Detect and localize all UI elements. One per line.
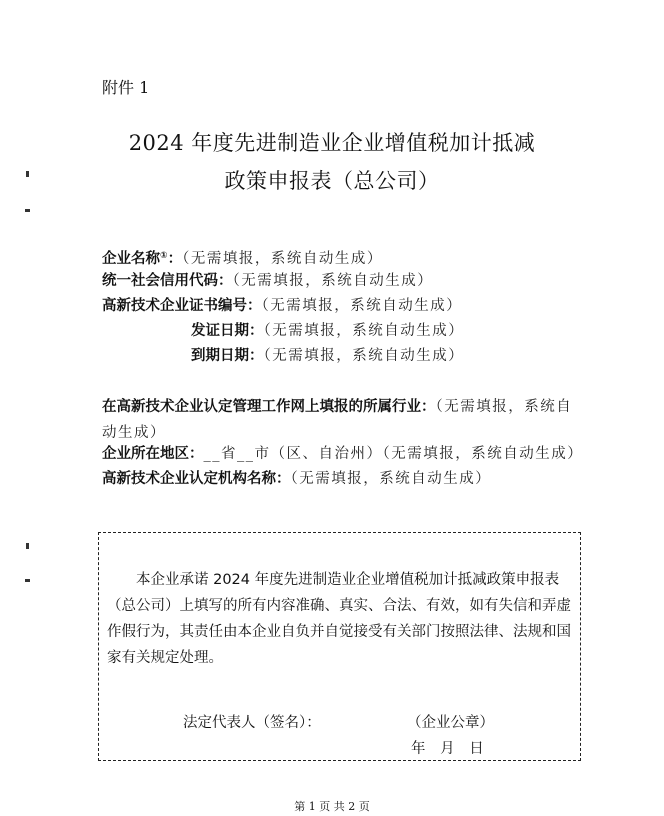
field-colon: ： [276,471,291,487]
company-seal-label: （企业公章） [407,713,494,733]
field-value: （无需填报，系统自动生成） [233,273,434,289]
field-value: （无需填报，系统自动生成） [182,251,383,267]
field-region: 企业所在地区：__省__市（区、自治州）（无需填报，系统自动生成） [102,444,583,464]
field-industry: 在高新技术企业认定管理工作网上填报的所属行业：（无需填报，系统自动生成） [102,394,582,446]
field-colon: ： [189,446,204,462]
margin-mark [26,543,29,549]
field-colon: ： [218,273,233,289]
field-credit-code: 统一社会信用代码：（无需填报，系统自动生成） [102,271,433,291]
footnote-marker: ① [160,251,168,261]
margin-mark [25,209,30,212]
document-title-line1: 2024 年度先进制造业企业增值税加计抵减 [0,127,664,157]
field-value: （无需填报，系统自动生成） [262,298,463,314]
field-label: 到期日期 [191,348,249,364]
field-expiry-date: 到期日期：（无需填报，系统自动生成） [191,346,464,366]
field-value: （无需填报，系统自动生成） [291,471,492,487]
field-company-name: 企业名称①：（无需填报，系统自动生成） [102,246,383,269]
field-issue-date: 发证日期：（无需填报，系统自动生成） [191,321,464,341]
field-colon: ： [249,348,264,364]
document-title-line2: 政策申报表（总公司） [0,165,664,195]
attachment-label: 附件 1 [102,77,149,99]
commitment-text: 本企业承诺 2024 年度先进制造业企业增值税加计抵减政策申报表（总公司）上填写… [107,567,575,671]
signature-date-label: 年 月 日 [411,739,484,759]
field-label: 高新技术企业证书编号 [102,298,247,314]
field-label: 统一社会信用代码 [102,273,218,289]
field-label: 企业名称 [102,251,160,267]
field-label: 发证日期 [191,323,249,339]
legal-representative-signature-label: 法定代表人（签名）： [183,713,321,733]
field-value: （无需填报，系统自动生成） [264,348,465,364]
field-label: 在高新技术企业认定管理工作网上填报的所属行业 [102,399,421,415]
document-page: 附件 1 2024 年度先进制造业企业增值税加计抵减 政策申报表（总公司） 企业… [0,0,664,816]
margin-mark [25,579,30,582]
field-colon: ： [247,298,262,314]
field-colon: ： [249,323,264,339]
field-label: 高新技术企业认定机构名称 [102,471,276,487]
field-label: 企业所在地区 [102,446,189,462]
commitment-box: 本企业承诺 2024 年度先进制造业企业增值税加计抵减政策申报表（总公司）上填写… [98,532,581,761]
field-value: （无需填报，系统自动生成） [264,323,465,339]
field-cert-authority: 高新技术企业认定机构名称：（无需填报，系统自动生成） [102,469,491,489]
field-colon: ： [421,399,436,415]
page-number: 第 1 页 共 2 页 [0,800,664,814]
field-value: __省__市（区、自治州）（无需填报，系统自动生成） [204,446,584,462]
field-certificate-number: 高新技术企业证书编号：（无需填报，系统自动生成） [102,296,462,316]
field-colon: ： [168,251,183,267]
